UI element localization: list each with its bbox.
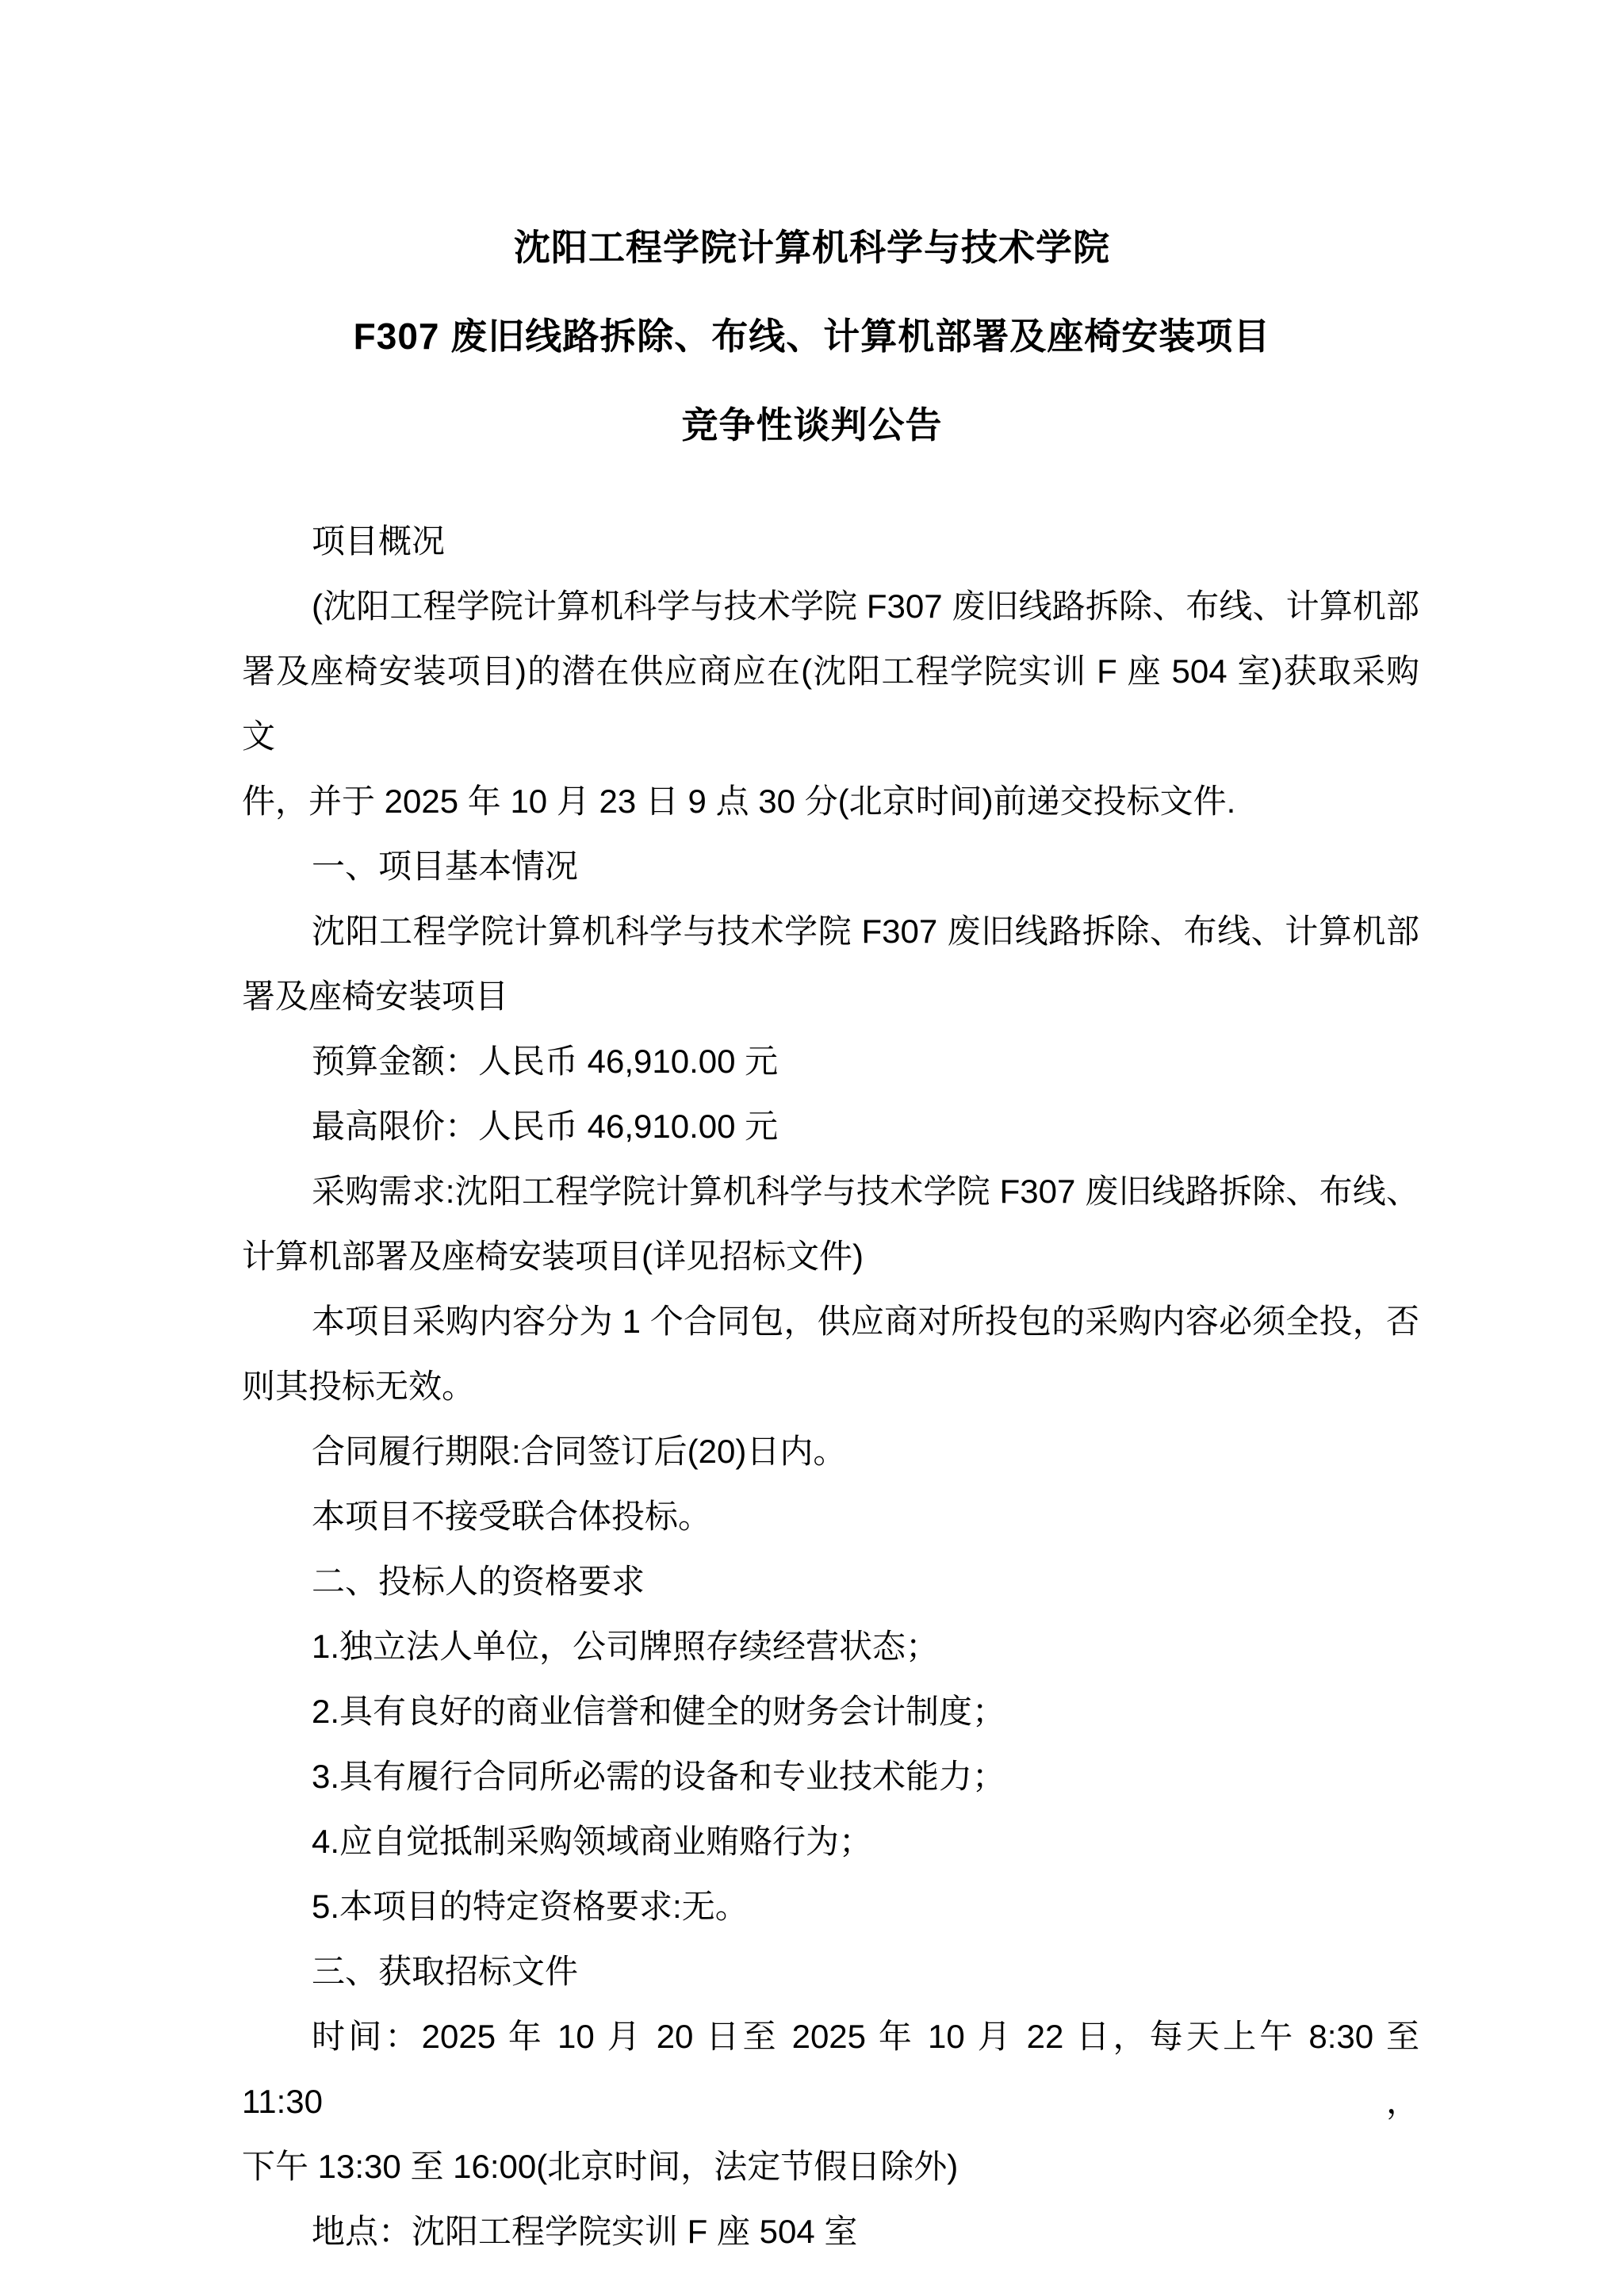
document-line: 5.本项目的特定资格要求:无。 (242, 1874, 1419, 1939)
document-line: 本项目采购内容分为 1 个合同包，供应商对所投包的采购内容必须全投，否 (242, 1289, 1419, 1354)
title-line-institution: 沈阳工程学院计算机科学与技术学院 (0, 203, 1624, 292)
document-title: 沈阳工程学院计算机科学与技术学院 F307 废旧线路拆除、布线、计算机部署及座椅… (0, 0, 1624, 469)
document-body: 项目概况(沈阳工程学院计算机科学与技术学院 F307 废旧线路拆除、布线、计算机… (242, 509, 1419, 2264)
document-line: 预算金额：人民币 46,910.00 元 (242, 1029, 1419, 1094)
document-line: 二、投标人的资格要求 (242, 1549, 1419, 1614)
document-line: 署及座椅安装项目 (242, 964, 1419, 1029)
document-line: 采购需求:沈阳工程学院计算机科学与技术学院 F307 废旧线路拆除、布线、 (242, 1159, 1419, 1224)
title-line-project: F307 废旧线路拆除、布线、计算机部署及座椅安装项目 (0, 292, 1624, 381)
document-line: 三、获取招标文件 (242, 1939, 1419, 2004)
document-line: 时间：2025 年 10 月 20 日至 2025 年 10 月 22 日，每天… (242, 2004, 1419, 2134)
document-line: 计算机部署及座椅安装项目(详见招标文件) (242, 1224, 1419, 1289)
document-line: 一、项目基本情况 (242, 834, 1419, 899)
title-line-announcement-type: 竞争性谈判公告 (0, 381, 1624, 469)
document-line: (沈阳工程学院计算机科学与技术学院 F307 废旧线路拆除、布线、计算机部 (242, 574, 1419, 639)
document-line: 则其投标无效。 (242, 1354, 1419, 1419)
document-line: 件，并于 2025 年 10 月 23 日 9 点 30 分(北京时间)前递交投… (242, 769, 1419, 834)
document-line: 4.应自觉抵制采购领域商业贿赂行为； (242, 1809, 1419, 1874)
document-line: 3.具有履行合同所必需的设备和专业技术能力； (242, 1744, 1419, 1809)
document-line: 署及座椅安装项目)的潜在供应商应在(沈阳工程学院实训 F 座 504 室)获取采… (242, 639, 1419, 769)
document-line: 沈阳工程学院计算机科学与技术学院 F307 废旧线路拆除、布线、计算机部 (242, 899, 1419, 964)
document-line: 合同履行期限:合同签订后(20)日内。 (242, 1419, 1419, 1484)
document-line: 下午 13:30 至 16:00(北京时间，法定节假日除外) (242, 2134, 1419, 2199)
document-line: 2.具有良好的商业信誉和健全的财务会计制度； (242, 1679, 1419, 1744)
document-line: 地点：沈阳工程学院实训 F 座 504 室 (242, 2199, 1419, 2264)
document-page: 沈阳工程学院计算机科学与技术学院 F307 废旧线路拆除、布线、计算机部署及座椅… (0, 0, 1624, 2296)
document-line: 最高限价：人民币 46,910.00 元 (242, 1094, 1419, 1159)
document-line: 项目概况 (242, 509, 1419, 574)
document-line: 本项目不接受联合体投标。 (242, 1484, 1419, 1549)
document-line: 1.独立法人单位，公司牌照存续经营状态； (242, 1614, 1419, 1679)
